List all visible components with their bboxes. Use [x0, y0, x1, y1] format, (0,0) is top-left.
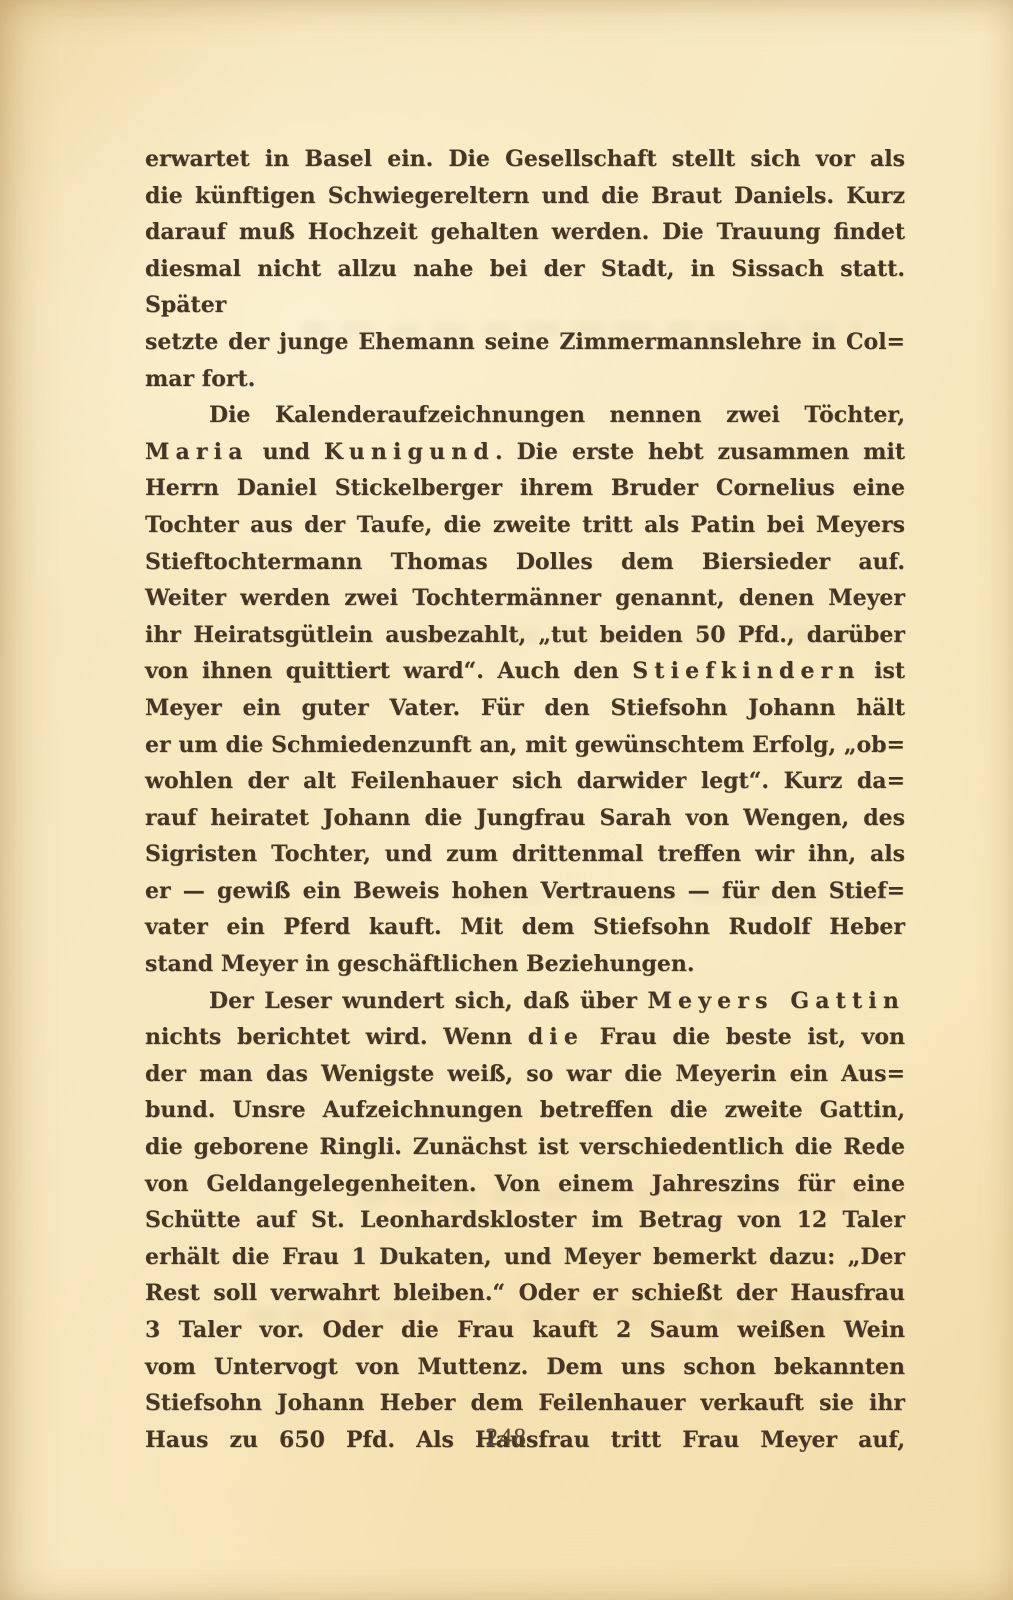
text-line: vater ein Pferd kauft. Mit dem Stiefsohn… — [145, 909, 905, 946]
page-number: 248 — [0, 1424, 1013, 1452]
text-line: Stieftochtermann Thomas Dolles dem Biers… — [145, 544, 905, 581]
text-line: Stiefsohn Johann Heber dem Feilenhauer v… — [145, 1385, 905, 1422]
letterspaced-text: die — [528, 1024, 584, 1050]
text-line: rauf heiratet Johann die Jungfrau Sarah … — [145, 800, 905, 837]
text-line: der man das Wenigste weiß, so war die Me… — [145, 1056, 905, 1093]
text-line: Tochter aus der Taufe, die zweite tritt … — [145, 507, 905, 544]
letterspaced-text: Meyers Gattin — [648, 988, 905, 1014]
text-line: diesmal nicht allzu nahe bei der Stadt, … — [145, 251, 905, 324]
text-line: Herrn Daniel Stickelberger ihrem Bruder … — [145, 470, 905, 507]
text-line: ihr Heiratsgütlein ausbezahlt, „tut beid… — [145, 617, 905, 654]
text-line: von Geldangelegenheiten. Von einem Jahre… — [145, 1166, 905, 1203]
page-text-block: erwartet in Basel ein. Die Gesellschaft … — [145, 141, 905, 1458]
text-line: die künftigen Schwiegereltern und die Br… — [145, 178, 905, 215]
text-line: Sigristen Tochter, und zum drittenmal tr… — [145, 836, 905, 873]
text-line: Weiter werden zwei Tochtermänner genannt… — [145, 580, 905, 617]
text-line: Meyer ein guter Vater. Für den Stiefsohn… — [145, 690, 905, 727]
text-line: Maria und Kunigund. Die erste hebt zusam… — [145, 434, 905, 471]
text-line: Rest soll verwahrt bleiben.“ Oder er sch… — [145, 1275, 905, 1312]
text-line: erwartet in Basel ein. Die Gesellschaft … — [145, 141, 905, 178]
letterspaced-text: Kunigund — [324, 439, 495, 465]
text-line: setzte der junge Ehemann seine Zimmerman… — [145, 324, 905, 361]
text-line: darauf muß Hochzeit gehalten werden. Die… — [145, 214, 905, 251]
text-line: vom Untervogt von Muttenz. Dem uns schon… — [145, 1349, 905, 1386]
text-line: erhält die Frau 1 Dukaten, und Meyer bem… — [145, 1239, 905, 1276]
text-line: wohlen der alt Feilenhauer sich darwider… — [145, 763, 905, 800]
text-line: er — gewiß ein Beweis hohen Vertrauens —… — [145, 873, 905, 910]
text-line: nichts berichtet wird. Wenn die Frau die… — [145, 1019, 905, 1056]
text-line: Die Kalenderaufzeichnungen nennen zwei T… — [145, 397, 905, 434]
text-line: mar fort. — [145, 361, 905, 398]
text-line: die geborene Ringli. Zunächst ist versch… — [145, 1129, 905, 1166]
letterspaced-text: Stiefkindern — [632, 658, 860, 684]
letterspaced-text: Maria — [145, 439, 249, 465]
text-line: stand Meyer in geschäftlichen Beziehunge… — [145, 946, 905, 983]
text-line: er um die Schmiedenzunft an, mit gewünsc… — [145, 727, 905, 764]
text-line: bund. Unsre Aufzeichnungen betreffen die… — [145, 1092, 905, 1129]
text-line: von ihnen quittiert ward“. Auch den Stie… — [145, 653, 905, 690]
text-line: Schütte auf St. Leonhardskloster im Betr… — [145, 1202, 905, 1239]
text-line: 3 Taler vor. Oder die Frau kauft 2 Saum … — [145, 1312, 905, 1349]
text-line: Der Leser wundert sich, daß über Meyers … — [145, 983, 905, 1020]
